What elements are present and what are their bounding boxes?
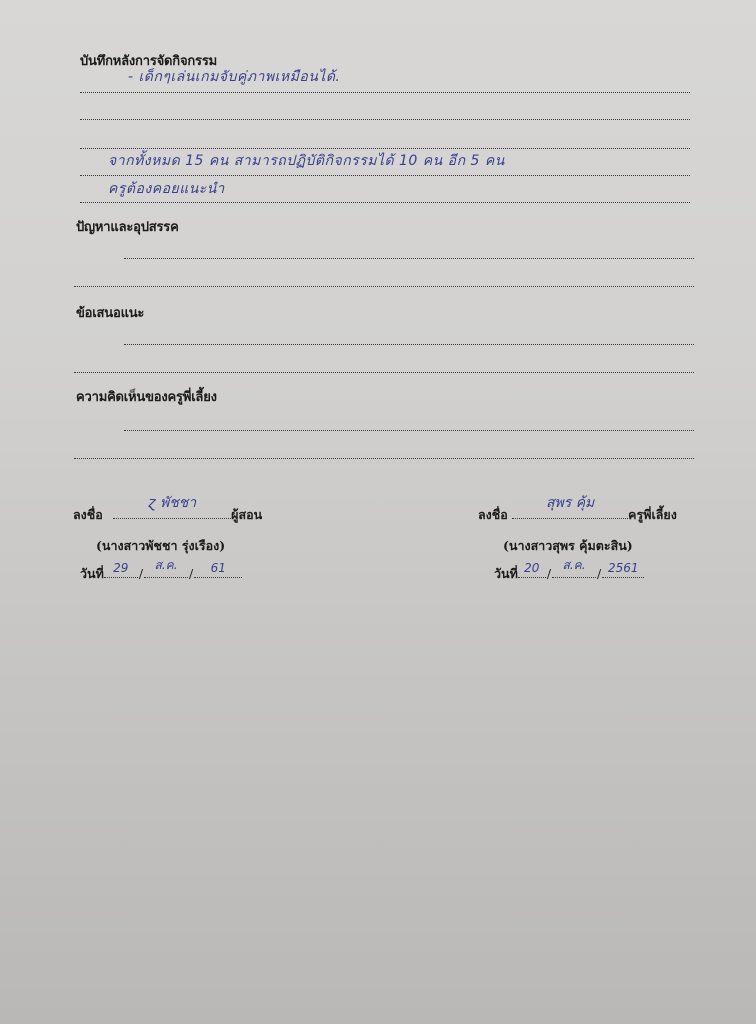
mentor-name: (นางสาวสุพร คุ้มตะสิน) — [503, 536, 633, 556]
mentor-date-year-field: 2561 — [602, 565, 644, 578]
dotted-line — [74, 458, 694, 459]
mentor-role: ครูพี่เลี้ยง — [628, 507, 677, 522]
dotted-line — [80, 92, 690, 93]
dotted-line — [80, 175, 690, 176]
teacher-signature-row: ลงชื่อ ɀ พัชชา ผู้สอน — [73, 505, 262, 525]
dotted-line — [124, 258, 694, 259]
heading-mentor-comments: ความคิดเห็นของครูพี่เลี้ยง — [76, 386, 217, 407]
teacher-signature-field: ɀ พัชชา — [113, 508, 231, 519]
handwritten-note-line-4: จากทั้งหมด 15 คน สามารถปฏิบัติกิจกรรมได้… — [108, 150, 505, 172]
teacher-signature: ɀ พัชชา — [113, 492, 231, 514]
mentor-date-day-field: 20 — [518, 565, 546, 578]
handwritten-note-line-1: - เด็กๆเล่นเกมจับคู่ภาพเหมือนได้. — [128, 66, 340, 88]
teacher-date-day-field: 29 — [104, 565, 138, 578]
teacher-name: (นางสาวพัชชา รุ่งเรือง) — [96, 536, 225, 556]
mentor-date-day: 20 — [518, 561, 546, 575]
dotted-line — [74, 372, 694, 373]
teacher-date-month-field: ส.ค. — [144, 565, 188, 578]
teacher-date-day: 29 — [104, 561, 138, 575]
mentor-signature-field: สุพร คุ้ม — [512, 508, 628, 519]
mentor-date-month-field: ส.ค. — [552, 565, 596, 578]
teacher-role: ผู้สอน — [231, 507, 262, 522]
mentor-signature: สุพร คุ้ม — [512, 492, 628, 514]
teacher-date-year: 61 — [194, 561, 242, 575]
mentor-signature-row: ลงชื่อ สุพร คุ้ม ครูพี่เลี้ยง — [478, 505, 677, 525]
mentor-date-month: ส.ค. — [552, 556, 596, 575]
teacher-sign-label: ลงชื่อ — [73, 507, 103, 522]
dotted-line — [80, 148, 690, 149]
dotted-line — [74, 286, 694, 287]
activity-report-page: บันทึกหลังการจัดกิจกรรม - เด็กๆเล่นเกมจั… — [0, 0, 756, 1024]
dotted-line — [124, 344, 694, 345]
mentor-date-year: 2561 — [602, 561, 644, 575]
mentor-sign-label: ลงชื่อ — [478, 507, 508, 522]
teacher-date-year-field: 61 — [194, 565, 242, 578]
teacher-date-row: วันที่29/ส.ค./61 — [80, 564, 242, 584]
mentor-date-row: วันที่20/ส.ค./2561 — [494, 564, 644, 584]
heading-suggestions: ข้อเสนอแนะ — [76, 302, 144, 323]
dotted-line — [80, 119, 690, 120]
handwritten-note-line-5: ครูต้องคอยแนะนำ — [108, 178, 225, 200]
mentor-date-label: วันที่ — [494, 566, 518, 581]
teacher-date-month: ส.ค. — [144, 556, 188, 575]
dotted-line — [124, 430, 694, 431]
teacher-date-label: วันที่ — [80, 566, 104, 581]
dotted-line — [80, 202, 690, 203]
heading-problems: ปัญหาและอุปสรรค — [76, 216, 179, 237]
